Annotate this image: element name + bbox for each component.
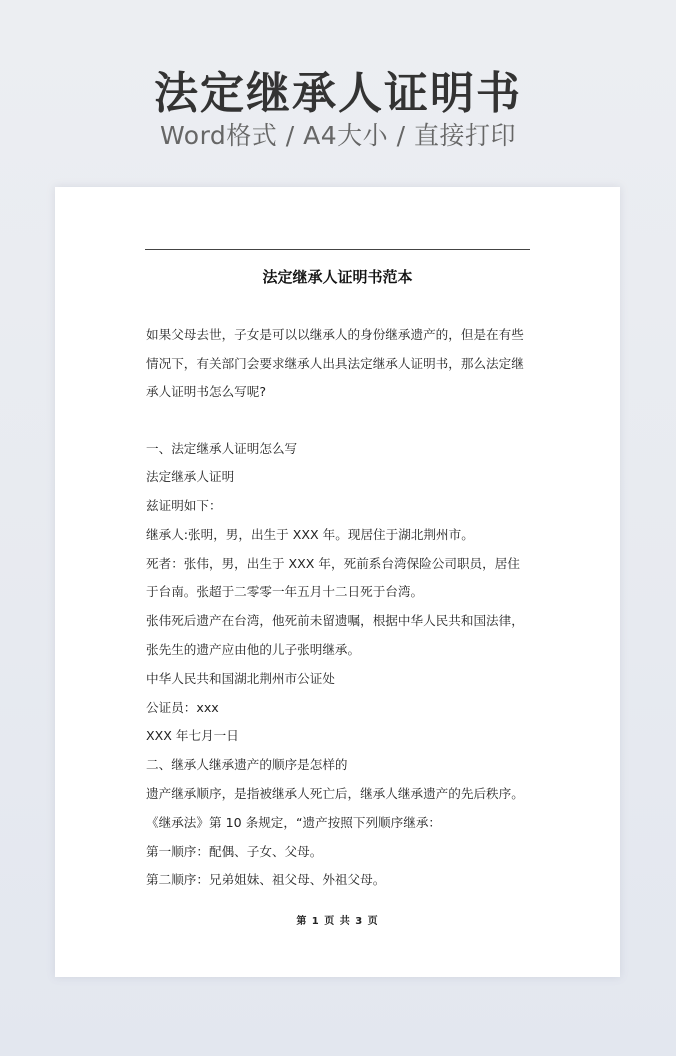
section-heading-1: 一、法定继承人证明怎么写 [146,435,536,464]
document-page: 法定继承人证明书范本 如果父母去世，子女是可以以继承人的身份继承遗产的，但是在有… [55,187,620,977]
document-body: 如果父母去世，子女是可以以继承人的身份继承遗产的，但是在有些 情况下，有关部门会… [146,321,536,895]
text-line: 第一顺序：配偶、子女、父母。 [146,838,536,867]
intro-paragraph: 如果父母去世，子女是可以以继承人的身份继承遗产的，但是在有些 情况下，有关部门会… [146,321,536,407]
text-line: 公证员：xxx [146,694,536,723]
header-rule [145,249,530,250]
text-line: 死者：张伟，男，出生于 XXX 年，死前系台湾保险公司职员，居住 [146,550,536,579]
intro-line: 情况下，有关部门会要求继承人出具法定继承人证明书，那么法定继 [146,350,536,379]
text-line: 兹证明如下： [146,492,536,521]
page-number: 第 1 页 共 3 页 [55,912,620,927]
content-lines: 一、法定继承人证明怎么写 法定继承人证明 兹证明如下： 继承人:张明，男，出生于… [146,435,536,896]
text-line: XXX 年七月一日 [146,722,536,751]
text-line: 法定继承人证明 [146,463,536,492]
text-line: 于台南。张超于二零零一年五月十二日死于台湾。 [146,578,536,607]
document-title: 法定继承人证明书范本 [55,265,620,289]
text-line: 《继承法》第 10 条规定，“遗产按照下列顺序继承： [146,809,536,838]
intro-line: 承人证明书怎么写呢? [146,378,536,407]
banner-subtitle: Word格式 / A4大小 / 直接打印 [0,118,676,154]
text-line: 第二顺序：兄弟姐妹、祖父母、外祖父母。 [146,866,536,895]
text-line: 张先生的遗产应由他的儿子张明继承。 [146,636,536,665]
text-line: 遗产继承顺序，是指被继承人死亡后，继承人继承遗产的先后秩序。 [146,780,536,809]
intro-line: 如果父母去世，子女是可以以继承人的身份继承遗产的，但是在有些 [146,321,536,350]
text-line: 中华人民共和国湖北荆州市公证处 [146,665,536,694]
banner-title: 法定继承人证明书 [0,66,676,122]
section-heading-2: 二、继承人继承遗产的顺序是怎样的 [146,751,536,780]
text-line: 继承人:张明，男，出生于 XXX 年。现居住于湖北荆州市。 [146,521,536,550]
text-line: 张伟死后遗产在台湾，他死前未留遗嘱，根据中华人民共和国法律， [146,607,536,636]
